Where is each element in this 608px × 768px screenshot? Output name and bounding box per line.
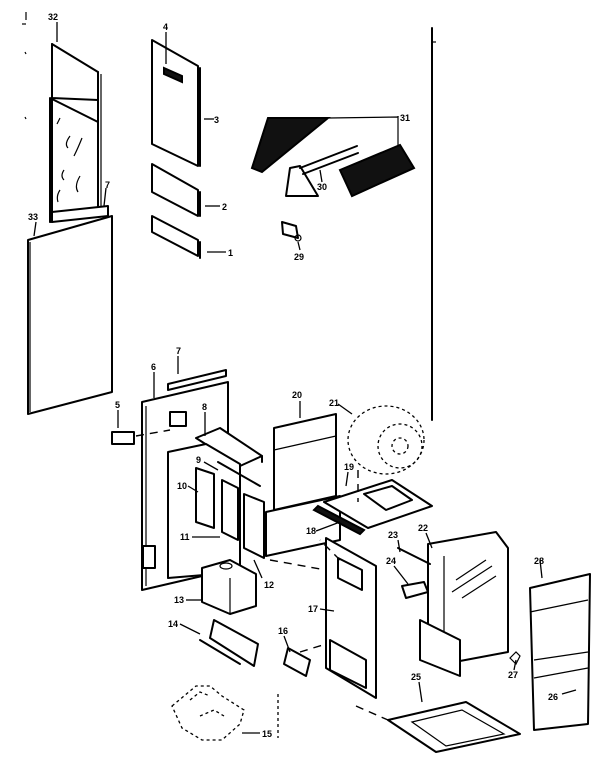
callout-29: 29 [294, 252, 304, 262]
part-23-strip [398, 548, 430, 564]
callout-24: 24 [386, 556, 396, 566]
callout-31: 31 [400, 113, 410, 123]
part-14-tray [200, 620, 258, 666]
callout-13: 13 [174, 595, 184, 605]
part-22-heat-exchanger [420, 532, 508, 676]
divider-line [432, 28, 436, 420]
part-25-base-tray [356, 702, 520, 752]
callout-9: 9 [196, 455, 201, 465]
callout-7b: 7 [105, 180, 110, 190]
callout-28: 28 [534, 556, 544, 566]
callout-32: 32 [48, 12, 58, 22]
callout-11: 11 [180, 532, 190, 542]
callout-4: 4 [163, 22, 168, 32]
callout-17: 17 [308, 604, 318, 614]
part-29-bracket [282, 222, 301, 241]
callout-22: 22 [418, 523, 428, 533]
part-16-bracket [284, 644, 326, 676]
callout-10: 10 [177, 481, 187, 491]
callout-23: 23 [388, 530, 398, 540]
callout-8: 8 [202, 402, 207, 412]
callout-3: 3 [214, 115, 219, 125]
part-33-lower-panel [28, 216, 112, 414]
inner-panel [168, 444, 264, 578]
callout-1: 1 [228, 248, 233, 258]
callout-27: 27 [508, 670, 518, 680]
part-3-panel [152, 40, 200, 166]
callout-21: 21 [329, 398, 339, 408]
callout-7: 7 [176, 346, 181, 356]
callout-25: 25 [411, 672, 421, 682]
callout-14: 14 [168, 619, 178, 629]
callout-19: 19 [344, 462, 354, 472]
callout-18: 18 [306, 526, 316, 536]
part-13-box [202, 560, 256, 614]
callout-5: 5 [115, 400, 120, 410]
callout-15: 15 [262, 729, 272, 739]
part-24-burner-bracket [402, 582, 428, 598]
part-28-rear-panel [530, 574, 590, 730]
part-1-panel [152, 216, 200, 258]
part-17-front-panel [270, 538, 376, 698]
callout-12: 12 [264, 580, 274, 590]
part-21-blower [348, 406, 424, 474]
callout-16: 16 [278, 626, 288, 636]
callout-6: 6 [151, 362, 156, 372]
callout-20: 20 [292, 390, 302, 400]
diagram-drawing: 1 2 3 4 5 6 7 7 8 9 10 11 12 13 14 15 16… [0, 0, 608, 768]
callout-30: 30 [317, 182, 327, 192]
callout-33: 33 [28, 212, 38, 222]
part-20-panel [266, 414, 340, 556]
margin-marks [22, 12, 26, 119]
callout-2: 2 [222, 202, 227, 212]
part-2-panel [152, 164, 200, 216]
parts-diagram: 1 2 3 4 5 6 7 7 8 9 10 11 12 13 14 15 16… [0, 0, 608, 768]
part-31-filters [252, 117, 414, 196]
callout-26: 26 [548, 692, 558, 702]
part-32-door-frame [50, 44, 108, 222]
